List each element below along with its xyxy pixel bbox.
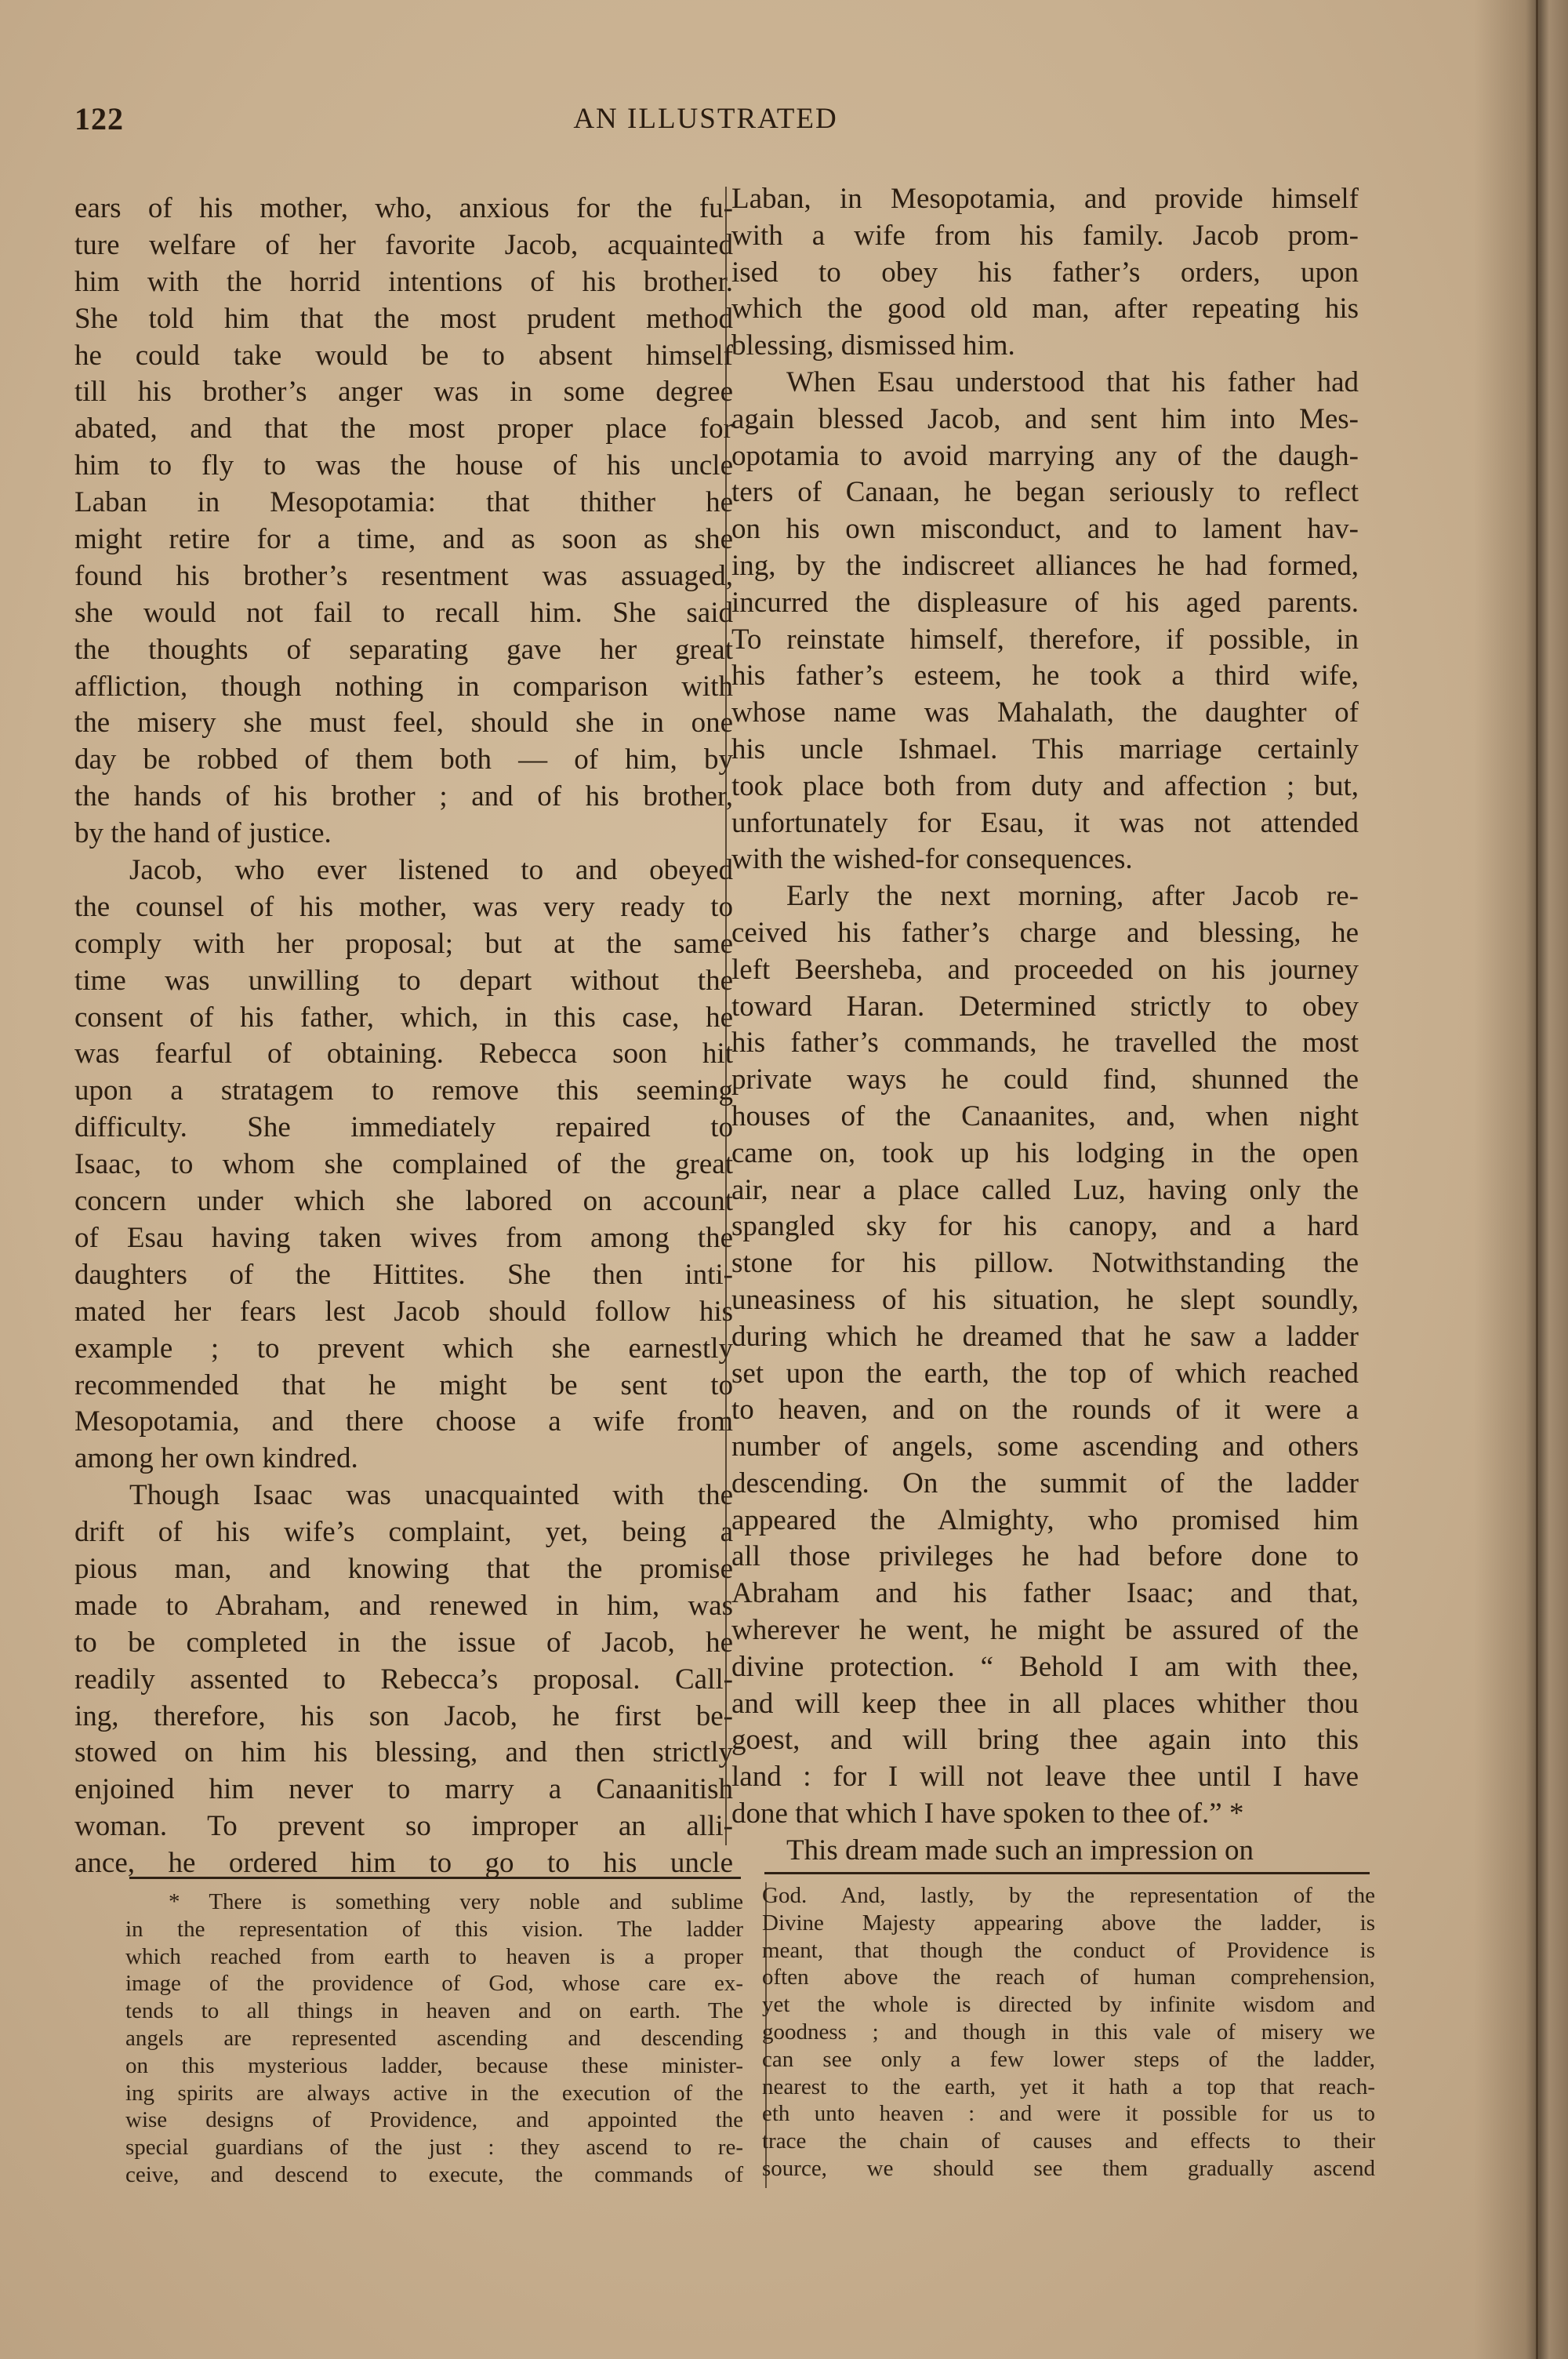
text-line: to be completed in the issue of Jacob, h… <box>74 1625 733 1662</box>
text-line: the counsel of his mother, was very read… <box>74 889 733 926</box>
text-line: divine protection. “ Behold I am with th… <box>731 1649 1359 1686</box>
text-line: concern under which she labored on accou… <box>74 1183 733 1220</box>
text-line: during which he dreamed that he saw a la… <box>731 1319 1359 1356</box>
text-line: ters of Canaan, he began seriously to re… <box>731 474 1359 511</box>
text-line: unfortunately for Esau, it was not atten… <box>731 805 1359 842</box>
body-column-right: Laban, in Mesopotamia, and provide himse… <box>731 181 1359 1870</box>
text-line: wise designs of Providence, and appointe… <box>125 2106 743 2134</box>
text-line: enjoined him never to marry a Canaanitis… <box>74 1772 733 1808</box>
text-line: uneasiness of his situation, he slept so… <box>731 1282 1359 1319</box>
text-line: She told him that the most prudent metho… <box>74 301 733 338</box>
text-line: ture welfare of her favorite Jacob, acqu… <box>74 227 733 264</box>
text-line: set upon the earth, the top of which rea… <box>731 1356 1359 1393</box>
text-line: land : for I will not leave thee until I… <box>731 1759 1359 1796</box>
text-line: toward Haran. Determined strictly to obe… <box>731 989 1359 1026</box>
text-line: by the hand of justice. <box>74 816 733 852</box>
body-column-left: ears of his mother, who, anxious for the… <box>74 191 733 1882</box>
text-line: special guardians of the just : they asc… <box>125 2134 743 2161</box>
footnote-rule-left <box>129 1877 741 1879</box>
text-line: blessing, dismissed him. <box>731 328 1359 365</box>
text-line: daughters of the Hittites. She then inti… <box>74 1257 733 1294</box>
text-line: time was unwilling to depart without the <box>74 963 733 1000</box>
text-line: in the representation of this vision. Th… <box>125 1916 743 1943</box>
text-line: spangled sky for his canopy, and a hard <box>731 1209 1359 1245</box>
book-page: 122 AN ILLUSTRATED ears of his mother, w… <box>0 0 1568 2359</box>
text-line: day be robbed of them both — of him, by <box>74 742 733 779</box>
text-line: mated her fears lest Jacob should follow… <box>74 1294 733 1331</box>
text-line: with the wished-for consequences. <box>731 841 1359 878</box>
running-head: AN ILLUSTRATED <box>43 102 1368 136</box>
text-line: she would not fail to recall him. She sa… <box>74 595 733 632</box>
text-line: incurred the displeasure of his aged par… <box>731 585 1359 622</box>
text-line: difficulty. She immediately repaired to <box>74 1110 733 1147</box>
gutter-shadow <box>1474 0 1568 2359</box>
text-line: Divine Majesty appearing above the ladde… <box>762 1910 1375 1937</box>
text-line: ing, by the indiscreet alliances he had … <box>731 548 1359 585</box>
text-line: upon a stratagem to remove this seeming <box>74 1073 733 1110</box>
text-line: on his own misconduct, and to lament hav… <box>731 511 1359 548</box>
text-line: the misery she must feel, should she in … <box>74 705 733 742</box>
text-line: tends to all things in heaven and on ear… <box>125 1997 743 2025</box>
text-line: stowed on him his blessing, and then str… <box>74 1735 733 1772</box>
text-line: Laban in Mesopotamia: that thither he <box>74 485 733 522</box>
text-line: which the good old man, after repeating … <box>731 291 1359 328</box>
text-line: among her own kindred. <box>74 1441 733 1478</box>
text-line: ceived his father’s charge and blessing,… <box>731 915 1359 952</box>
text-line: meant, that though the conduct of Provid… <box>762 1937 1375 1965</box>
text-line: Abraham and his father Isaac; and that, <box>731 1576 1359 1612</box>
text-line: drift of his wife’s complaint, yet, bein… <box>74 1514 733 1551</box>
text-line: to heaven, and on the rounds of it were … <box>731 1392 1359 1429</box>
text-line: consent of his father, which, in this ca… <box>74 1000 733 1037</box>
text-line: This dream made such an impression on <box>731 1833 1359 1870</box>
text-line: trace the chain of causes and effects to… <box>762 2128 1375 2155</box>
text-line: example ; to prevent which she earnestly <box>74 1331 733 1368</box>
text-line: he could take would be to absent himself <box>74 338 733 375</box>
text-line: comply with her proposal; but at the sam… <box>74 926 733 963</box>
text-line: appeared the Almighty, who promised him <box>731 1503 1359 1539</box>
text-line: number of angels, some ascending and oth… <box>731 1429 1359 1466</box>
text-line: nearest to the earth, yet it hath a top … <box>762 2074 1375 2101</box>
text-line: of Esau having taken wives from among th… <box>74 1220 733 1257</box>
text-line: made to Abraham, and renewed in him, was <box>74 1588 733 1625</box>
text-line: abated, and that the most proper place f… <box>74 411 733 448</box>
text-line: recommended that he might be sent to <box>74 1368 733 1405</box>
text-line: ing spirits are always active in the exe… <box>125 2080 743 2107</box>
text-line: the thoughts of separating gave her grea… <box>74 632 733 669</box>
text-line: took place both from duty and affection … <box>731 769 1359 805</box>
text-line: opotamia to avoid marrying any of the da… <box>731 438 1359 475</box>
footnote-column-left: * There is something very noble and subl… <box>125 1888 743 2189</box>
text-line: him to fly to was the house of his uncle <box>74 448 733 485</box>
text-line: came on, took up his lodging in the open <box>731 1136 1359 1172</box>
text-line: yet the whole is directed by infinite wi… <box>762 1991 1375 2019</box>
text-line: Jacob, who ever listened to and obeyed <box>74 852 733 889</box>
text-line: done that which I have spoken to thee of… <box>731 1796 1359 1833</box>
text-line: Though Isaac was unacquainted with the <box>74 1478 733 1514</box>
text-line: descending. On the summit of the ladder <box>731 1466 1359 1503</box>
text-line: angels are represented ascending and des… <box>125 2025 743 2052</box>
text-line: air, near a place called Luz, having onl… <box>731 1172 1359 1209</box>
text-line: * There is something very noble and subl… <box>125 1888 743 1916</box>
text-line: To reinstate himself, therefore, if poss… <box>731 622 1359 659</box>
text-line: his father’s esteem, he took a third wif… <box>731 658 1359 695</box>
text-line: can see only a few lower steps of the la… <box>762 2046 1375 2074</box>
footnote-rule-right <box>764 1872 1370 1874</box>
text-line: ised to obey his father’s orders, upon <box>731 255 1359 292</box>
text-line: wherever he went, he might be assured of… <box>731 1612 1359 1649</box>
footnote-column-right: God. And, lastly, by the representation … <box>762 1882 1375 2183</box>
text-line: woman. To prevent so improper an alli- <box>74 1808 733 1845</box>
text-line: stone for his pillow. Notwithstanding th… <box>731 1245 1359 1282</box>
text-line: image of the providence of God, whose ca… <box>125 1970 743 1997</box>
text-line: Early the next morning, after Jacob re- <box>731 878 1359 915</box>
text-line: often above the reach of human comprehen… <box>762 1964 1375 1991</box>
text-line: found his brother’s resentment was assua… <box>74 558 733 595</box>
column-rule <box>725 187 727 1845</box>
text-line: again blessed Jacob, and sent him into M… <box>731 402 1359 438</box>
text-line: ears of his mother, who, anxious for the… <box>74 191 733 227</box>
text-line: houses of the Canaanites, and, when nigh… <box>731 1099 1359 1136</box>
text-line: the hands of his brother ; and of his br… <box>74 779 733 816</box>
text-line: readily assented to Rebecca’s proposal. … <box>74 1662 733 1699</box>
text-line: goest, and will bring thee again into th… <box>731 1722 1359 1759</box>
text-line: When Esau understood that his father had <box>731 365 1359 402</box>
text-line: Isaac, to whom she complained of the gre… <box>74 1147 733 1183</box>
text-line: his uncle Ishmael. This marriage certain… <box>731 732 1359 769</box>
text-line: private ways he could find, shunned the <box>731 1062 1359 1099</box>
text-line: and will keep thee in all places whither… <box>731 1686 1359 1723</box>
text-line: was fearful of obtaining. Rebecca soon h… <box>74 1036 733 1073</box>
binding-edge <box>1536 0 1538 2359</box>
text-line: whose name was Mahalath, the daughter of <box>731 695 1359 732</box>
page-header: 122 AN ILLUSTRATED <box>74 100 1368 147</box>
text-line: him with the horrid intentions of his br… <box>74 264 733 301</box>
text-line: on this mysterious ladder, because these… <box>125 2052 743 2080</box>
text-line: goodness ; and though in this vale of mi… <box>762 2019 1375 2046</box>
text-line: pious man, and knowing that the promise <box>74 1551 733 1588</box>
text-line: God. And, lastly, by the representation … <box>762 1882 1375 1910</box>
text-line: might retire for a time, and as soon as … <box>74 522 733 558</box>
text-line: till his brother’s anger was in some deg… <box>74 374 733 411</box>
text-line: left Beersheba, and proceeded on his jou… <box>731 952 1359 989</box>
text-line: all those privileges he had before done … <box>731 1539 1359 1576</box>
text-line: source, we should see them gradually asc… <box>762 2155 1375 2183</box>
text-line: eth unto heaven : and were it possible f… <box>762 2100 1375 2128</box>
text-line: ceive, and descend to execute, the comma… <box>125 2161 743 2189</box>
text-line: ing, therefore, his son Jacob, he first … <box>74 1699 733 1736</box>
text-line: Mesopotamia, and there choose a wife fro… <box>74 1404 733 1441</box>
text-line: which reached from earth to heaven is a … <box>125 1943 743 1971</box>
text-line: his father’s commands, he travelled the … <box>731 1025 1359 1062</box>
text-line: Laban, in Mesopotamia, and provide himse… <box>731 181 1359 218</box>
text-line: affliction, though nothing in comparison… <box>74 669 733 706</box>
text-line: with a wife from his family. Jacob prom- <box>731 218 1359 255</box>
